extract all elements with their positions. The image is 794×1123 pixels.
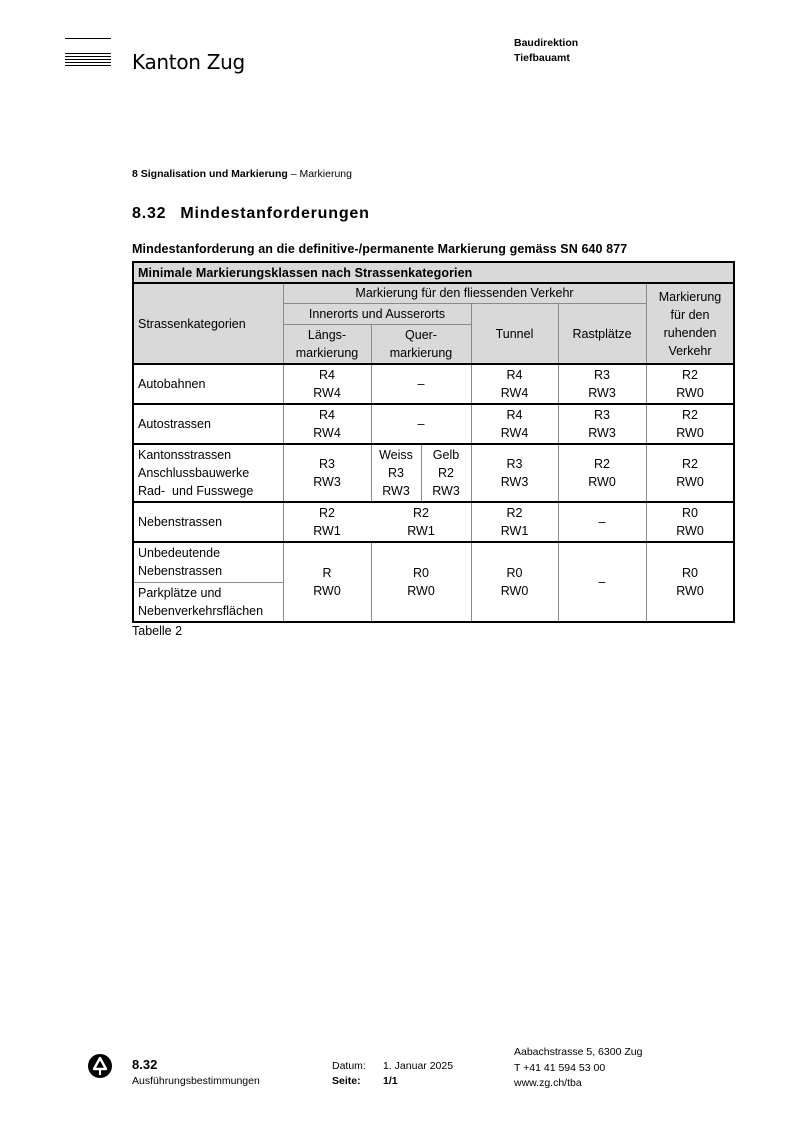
marking-classes-table: Minimale Markierungsklassen nach Strasse… [133, 262, 734, 622]
table-border [132, 443, 735, 445]
department-block: Baudirektion Tiefbauamt [514, 36, 578, 66]
table-border [646, 283, 647, 622]
breadcrumb: 8 Signalisation und Markierung – Markier… [132, 168, 352, 180]
table-subtitle: Mindestanforderung an die definitive-/pe… [132, 242, 627, 256]
breadcrumb-section: 8 Signalisation und Markierung [132, 168, 288, 180]
footer-section-title: Ausführungsbestimmungen [132, 1075, 260, 1087]
date-value: 1. Januar 2025 [383, 1060, 453, 1072]
table-border [132, 363, 735, 365]
cell-tunnel: R0RW0 [471, 542, 558, 622]
table-border [283, 283, 284, 622]
section-number: 8.32 [132, 205, 166, 222]
cell-laengs: R4RW4 [283, 404, 371, 444]
phone: T +41 41 594 53 00 [514, 1061, 642, 1077]
page-value: 1/1 [383, 1075, 398, 1087]
row-category: Autobahnen [133, 364, 283, 404]
cell-ruhend: R2RW0 [646, 364, 734, 404]
page-label: Seite: [332, 1075, 361, 1087]
cell-quer: – [371, 364, 471, 404]
cell-quer-weiss: WeissR3RW3 [371, 444, 421, 502]
row-category: Autostrassen [133, 404, 283, 444]
table-border [132, 541, 735, 543]
cell-rastplaetze: R3RW3 [558, 364, 646, 404]
cell-laengs: R2RW1 [283, 502, 371, 542]
table-border [132, 403, 735, 405]
cell-laengs: R3RW3 [283, 444, 371, 502]
office: Tiefbauamt [514, 51, 578, 66]
cell-ruhend: R0RW0 [646, 502, 734, 542]
header-quermarkierung: Quer-markierung [371, 324, 471, 364]
table-border [283, 324, 471, 325]
header-ruhender-verkehr: Markierungfür denruhendenVerkehr [646, 283, 734, 364]
table-border [371, 364, 372, 502]
header-strassenkategorien: Strassenkategorien [133, 283, 283, 364]
header-laengsmarkierung: Längs-markierung [283, 324, 371, 364]
cell-rastplaetze: R2RW0 [558, 444, 646, 502]
table-border [132, 261, 735, 263]
row-category: UnbedeutendeNebenstrassen [133, 542, 283, 582]
page-title: 8.32Mindestanforderungen [132, 205, 370, 223]
cell-rastplaetze: R3RW3 [558, 404, 646, 444]
table-border [132, 282, 735, 284]
table-border [132, 261, 134, 622]
footer-section-number: 8.32 [132, 1057, 157, 1072]
table-border [733, 261, 735, 622]
table-border [371, 324, 372, 364]
cell-quer-gelb: GelbR2RW3 [421, 444, 471, 502]
cell-tunnel: R3RW3 [471, 444, 558, 502]
cell-quer: R0RW0 [371, 542, 471, 622]
cell-laengs: RRW0 [283, 542, 371, 622]
table-border [133, 582, 283, 583]
kanton-zug-tree-icon [88, 1054, 112, 1078]
table-caption: Tabelle 2 [132, 624, 182, 638]
breadcrumb-separator: – [288, 168, 300, 180]
table-border [421, 444, 422, 502]
header-rastplaetze: Rastplätze [558, 303, 646, 364]
header-fliessender-verkehr: Markierung für den fliessenden Verkehr [283, 283, 646, 303]
table-border [283, 303, 646, 304]
cell-tunnel: R2RW1 [471, 502, 558, 542]
brand-name: Kanton Zug [132, 50, 245, 74]
cell-ruhend: R2RW0 [646, 444, 734, 502]
website-link[interactable]: www.zg.ch/tba [514, 1076, 642, 1092]
address: Aabachstrasse 5, 6300 Zug [514, 1045, 642, 1061]
cell-tunnel: R4RW4 [471, 404, 558, 444]
cell-ruhend: R0RW0 [646, 542, 734, 622]
table-border [558, 303, 559, 622]
cell-ruhend: R2RW0 [646, 404, 734, 444]
row-category: KantonsstrassenAnschlussbauwerkeRad- und… [133, 444, 283, 502]
contact-block: Aabachstrasse 5, 6300 Zug T +41 41 594 5… [514, 1045, 642, 1092]
cell-quer: R2RW1 [371, 502, 471, 542]
table-border [132, 621, 735, 623]
row-category: Nebenstrassen [133, 502, 283, 542]
header-innerorts-ausserorts: Innerorts und Ausserorts [283, 303, 471, 324]
breadcrumb-subsection: Markierung [299, 168, 352, 180]
cell-quer: – [371, 404, 471, 444]
cell-tunnel: R4RW4 [471, 364, 558, 404]
cell-rastplaetze: – [558, 502, 646, 542]
department: Baudirektion [514, 36, 578, 51]
table-border [132, 501, 735, 503]
header-tunnel: Tunnel [471, 303, 558, 364]
table-title: Minimale Markierungsklassen nach Strasse… [133, 262, 734, 283]
table-border [471, 303, 472, 622]
cell-rastplaetze: – [558, 542, 646, 622]
table-border [371, 542, 372, 622]
date-label: Datum: [332, 1060, 366, 1072]
cell-laengs: R4RW4 [283, 364, 371, 404]
section-title: Mindestanforderungen [180, 205, 369, 222]
row-category: Parkplätze undNebenverkehrsflächen [133, 582, 283, 622]
